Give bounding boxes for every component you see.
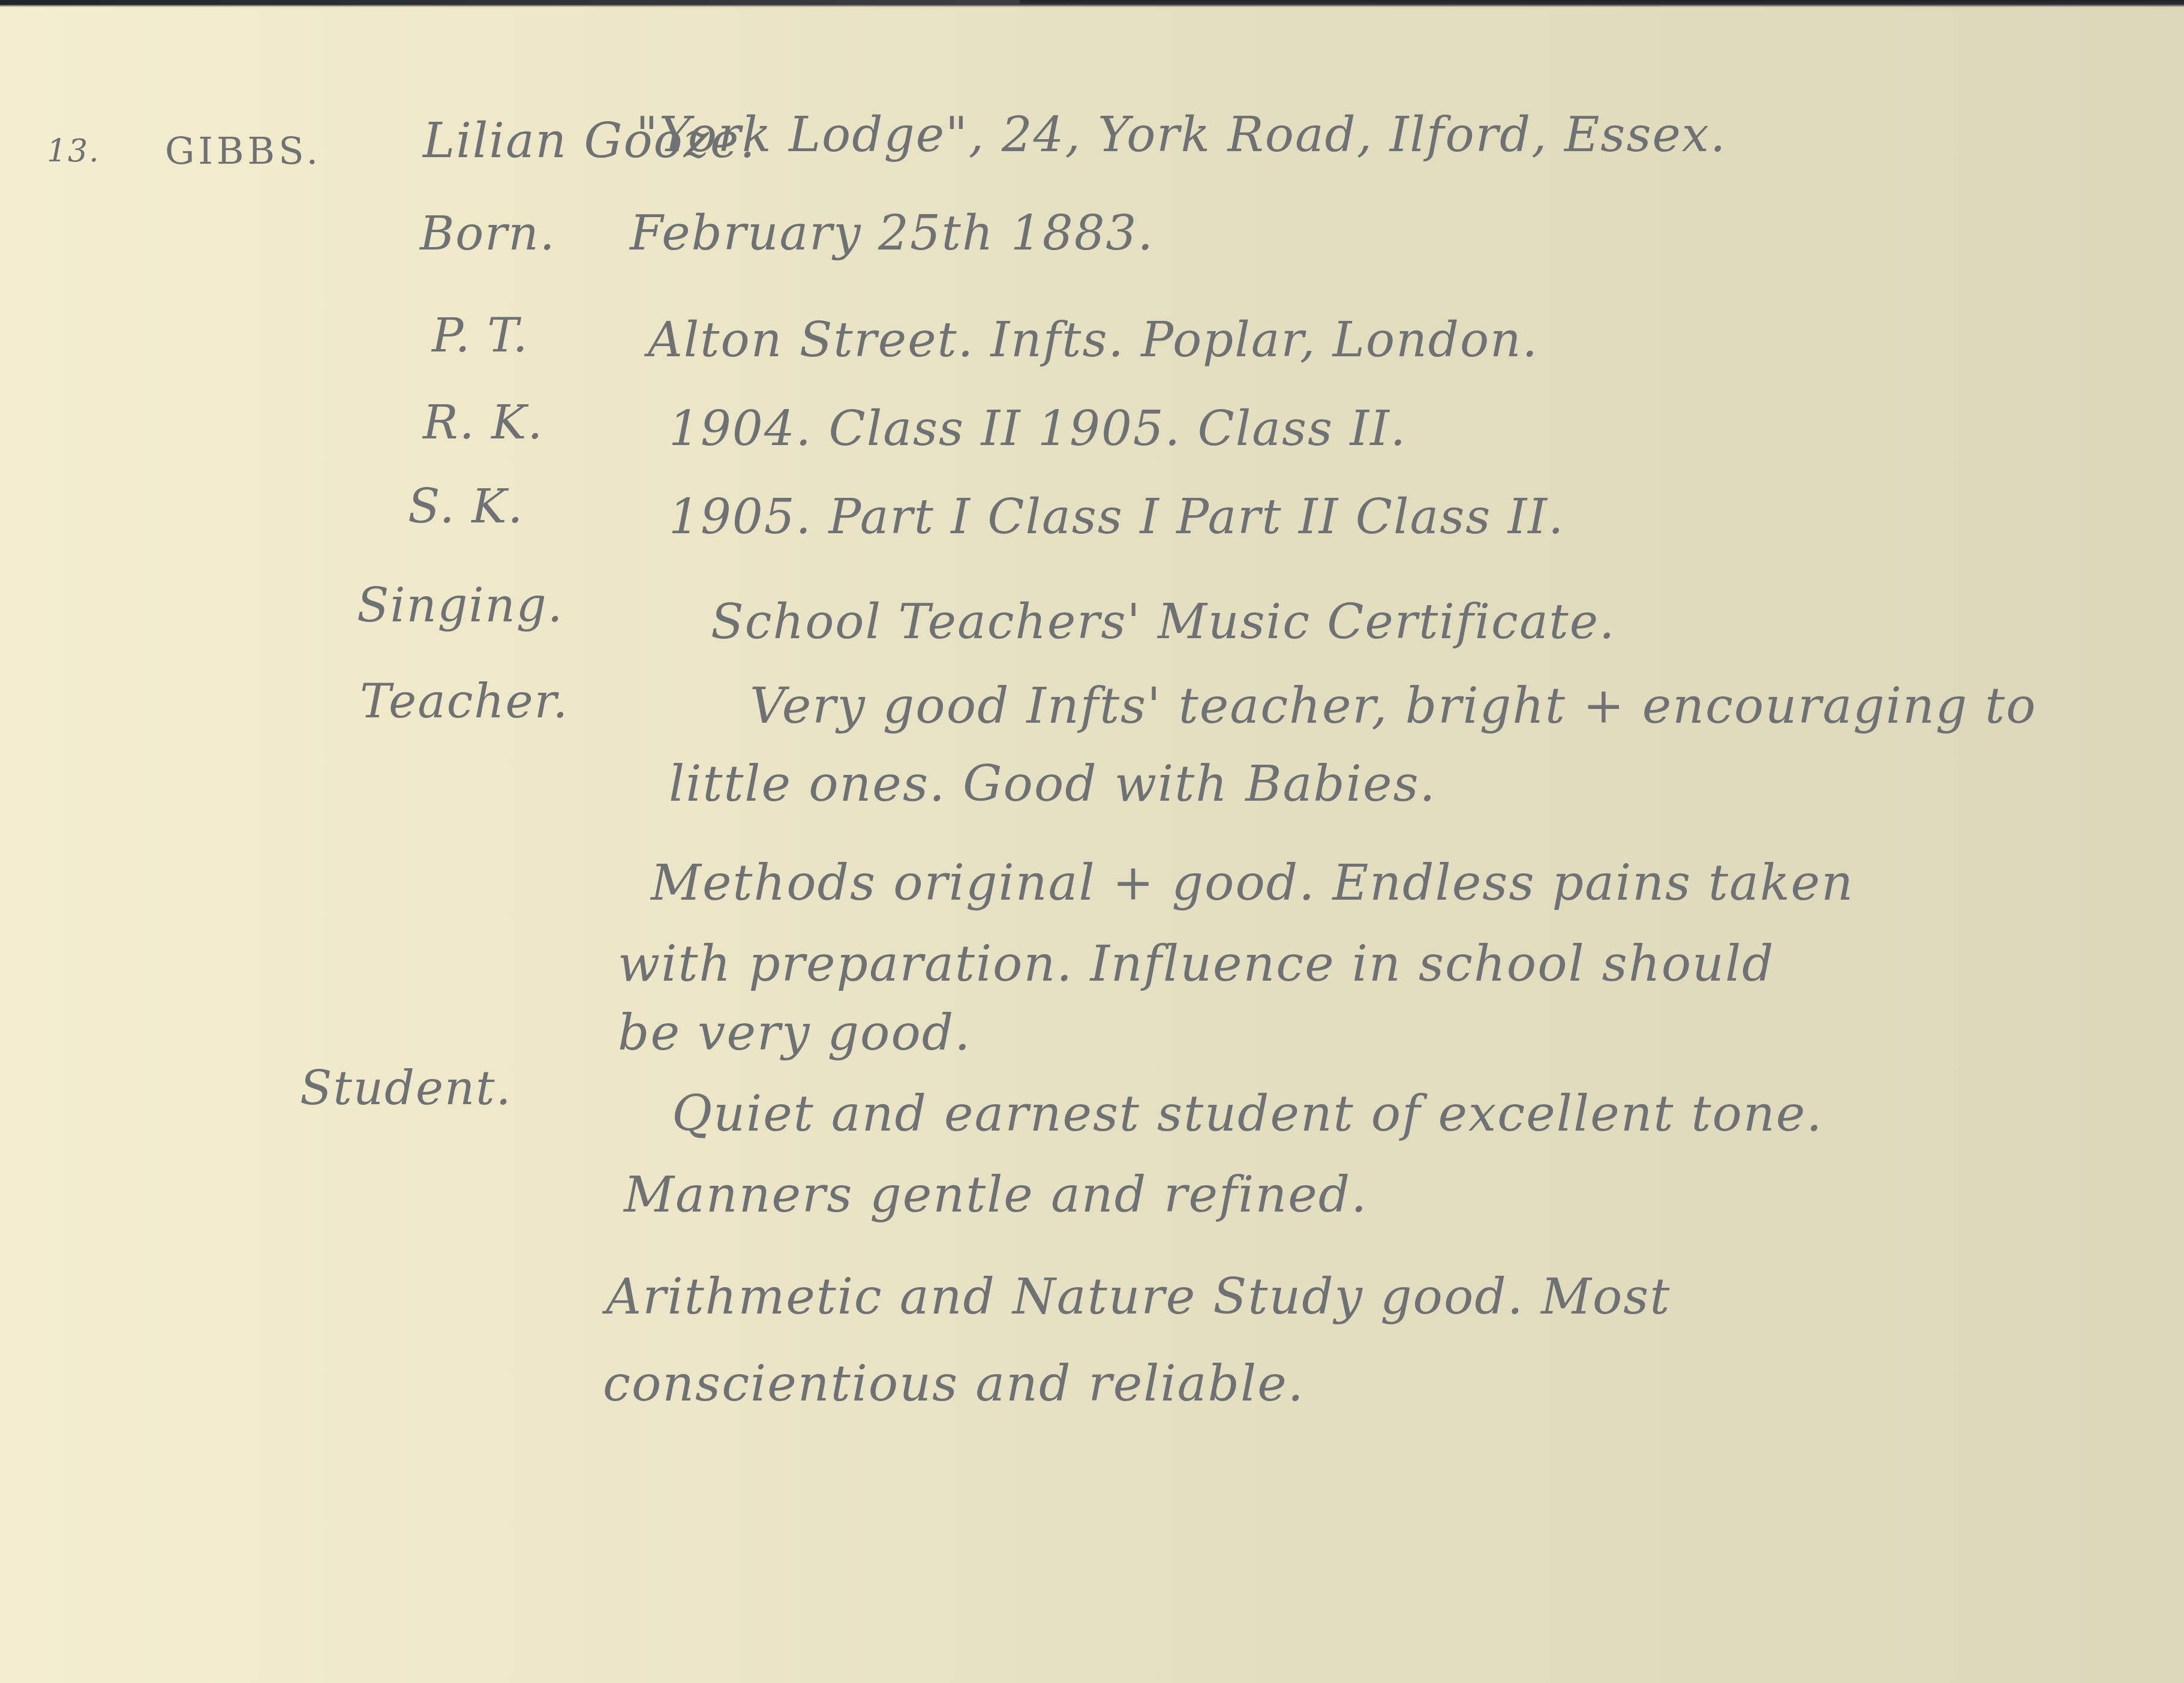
student-line: Quiet and earnest student of excellent t… [672,1086,1823,1143]
teacher-line: little ones. Good with Babies. [669,756,1437,813]
label-pt: P. T. [432,309,529,363]
surname: GIBBS. [165,129,322,173]
value-sk: 1905. Part I Class I Part II Class II. [669,489,1564,545]
label-sk: S. K. [408,480,524,534]
student-line: Arithmetic and Nature Study good. Most [606,1269,1671,1326]
address: "York Lodge", 24, York Road, Ilford, Ess… [636,107,1726,163]
label-singing: Singing. [357,579,563,633]
value-singing: School Teachers' Music Certificate. [711,594,1616,650]
label-rk: R. K. [423,396,543,450]
value-pt: Alton Street. Infts. Poplar, London. [648,312,1539,368]
label-student: Student. [300,1062,512,1116]
teacher-line: with preparation. Influence in school sh… [618,936,1775,993]
entry-number: 13. [47,133,100,169]
page-top-edge [0,0,2184,7]
student-line: Manners gentle and refined. [624,1167,1368,1224]
teacher-line: Very good Infts' teacher, bright + encou… [750,678,2037,735]
document-page: 13. GIBBS. Lilian Gooze. "York Lodge", 2… [0,0,2184,1683]
label-born: Born. [420,207,556,261]
teacher-line: be very good. [618,1005,971,1062]
student-line: conscientious and reliable. [603,1356,1305,1412]
teacher-line: Methods original + good. Endless pains t… [651,855,1854,912]
label-teacher: Teacher. [360,675,569,729]
value-rk: 1904. Class II 1905. Class II. [669,401,1407,456]
value-born: February 25th 1883. [630,205,1154,261]
